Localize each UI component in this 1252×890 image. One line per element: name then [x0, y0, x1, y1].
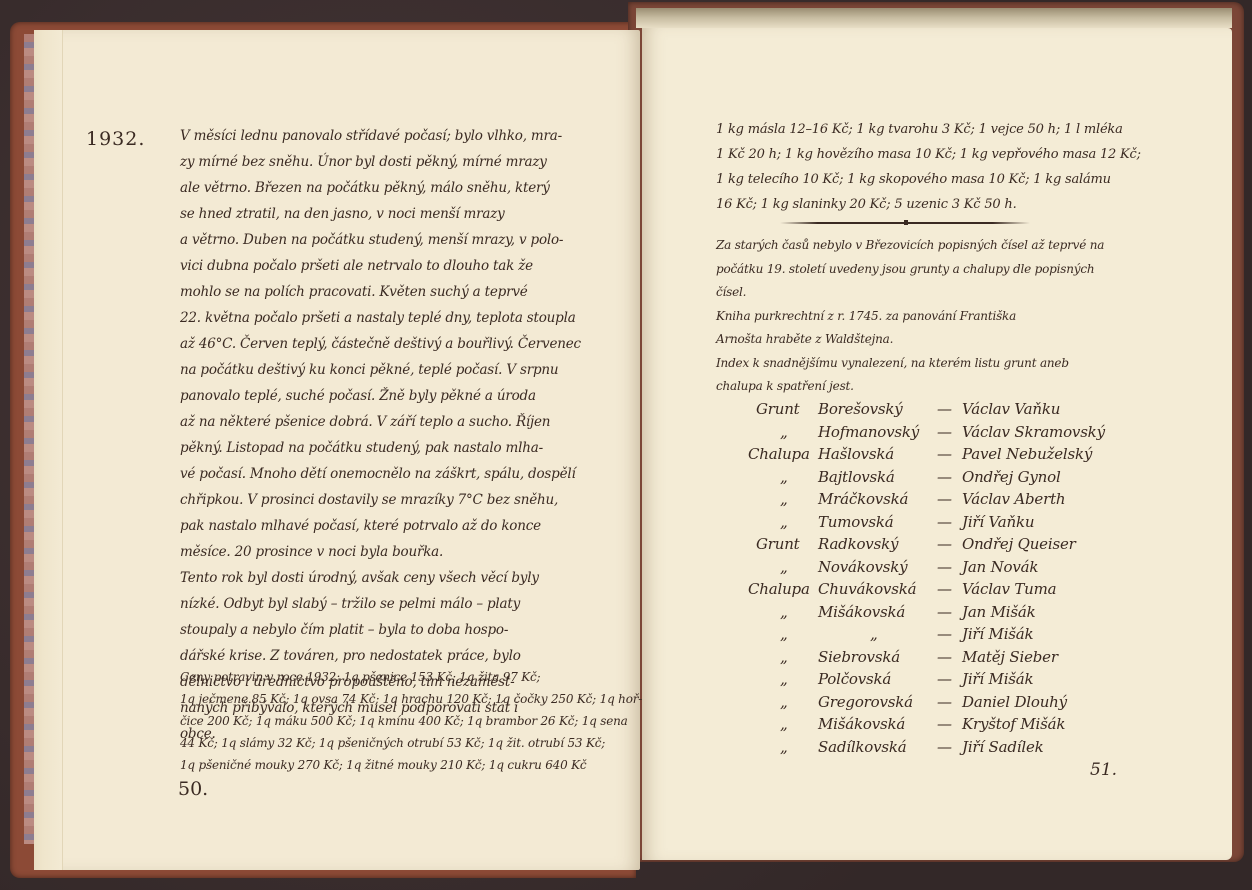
price-line: 1 kg másla 12–16 Kč; 1 kg tvarohu 3 Kč; … — [716, 122, 1123, 137]
house-name: Gregorovská — [818, 693, 913, 711]
entry-type: Chalupa — [748, 580, 810, 598]
house-name: Radkovský — [818, 535, 898, 553]
house-name: Polčovská — [818, 670, 891, 688]
house-name: Mráčkovská — [818, 490, 908, 508]
handwritten-line: 44 Kč; 1q slámy 32 Kč; 1q pšeničných otr… — [180, 736, 605, 750]
year-heading: 1932. — [86, 128, 145, 150]
handwritten-line: vé počasí. Mnoho dětí onemocnělo na zášk… — [180, 466, 576, 482]
entry-type: „ — [780, 490, 788, 508]
house-name: Novákovský — [818, 558, 907, 576]
house-name: Mišákovská — [818, 603, 905, 621]
entry-type: Grunt — [756, 400, 800, 418]
page-number-left: 50. — [178, 778, 208, 800]
owner-name: Pavel Nebuželský — [962, 445, 1092, 463]
handwritten-line: až na některé pšenice dobrá. V září tepl… — [180, 414, 550, 430]
handwritten-line: nízké. Odbyt byl slabý – tržilo se pelmi… — [180, 596, 520, 612]
intro-line: chalupa k spatření jest. — [716, 379, 854, 393]
entry-type: „ — [780, 693, 788, 711]
entry-dash: — — [937, 625, 952, 643]
house-name: Tumovská — [818, 513, 894, 531]
handwritten-line: ale větrno. Březen na počátku pěkný, mál… — [180, 180, 550, 196]
owner-name: Jan Novák — [962, 558, 1038, 576]
entry-dash: — — [937, 445, 952, 463]
handwritten-line: vici dubna počalo pršeti ale netrvalo to… — [180, 258, 533, 274]
handwritten-line: až 46°C. Červen teplý, částečně deštivý … — [180, 336, 581, 352]
entry-dash: — — [937, 738, 952, 756]
entry-type: „ — [780, 715, 788, 733]
entry-type: „ — [780, 513, 788, 531]
owner-name: Kryštof Mišák — [962, 715, 1065, 733]
owner-name: Ondřej Gynol — [962, 468, 1061, 486]
house-name: „ — [870, 625, 878, 643]
handwritten-line: chřipkou. V prosinci dostavily se mrazík… — [180, 492, 558, 508]
entry-dash: — — [937, 603, 952, 621]
handwritten-line: mohlo se na polích pracovati. Květen suc… — [180, 284, 528, 300]
price-line: 16 Kč; 1 kg slaninky 20 Kč; 5 uzenic 3 K… — [716, 197, 1017, 212]
entry-dash: — — [937, 715, 952, 733]
owner-name: Jiří Vaňku — [962, 513, 1034, 531]
handwritten-line: pěkný. Listopad na počátku studený, pak … — [180, 440, 543, 456]
entry-dash: — — [937, 558, 952, 576]
page-stack-edge — [636, 8, 1232, 28]
handwritten-line: dářské krise. Z továren, pro nedostatek … — [180, 648, 521, 664]
house-name: Siebrovská — [818, 648, 900, 666]
entry-type: „ — [780, 558, 788, 576]
intro-line: Kniha purkrechtní z r. 1745. za panování… — [716, 309, 1016, 323]
entry-type: „ — [780, 423, 788, 441]
handwritten-line: čice 200 Kč; 1q máku 500 Kč; 1q kmínu 40… — [180, 714, 628, 728]
entry-dash: — — [937, 693, 952, 711]
price-line: 1 Kč 20 h; 1 kg hovězího masa 10 Kč; 1 k… — [716, 147, 1141, 162]
entry-type: Chalupa — [748, 445, 810, 463]
house-name: Mišákovská — [818, 715, 905, 733]
owner-name: Jiří Sadílek — [962, 738, 1044, 756]
owner-name: Václav Vaňku — [962, 400, 1060, 418]
entry-type: „ — [780, 738, 788, 756]
owner-name: Václav Aberth — [962, 490, 1065, 508]
owner-name: Jiří Mišák — [962, 625, 1033, 643]
price-line: 1 kg telecího 10 Kč; 1 kg skopového masa… — [716, 172, 1111, 187]
handwritten-line: Tento rok byl dosti úrodný, avšak ceny v… — [180, 570, 539, 586]
intro-line: Za starých časů nebylo v Březovicích pop… — [716, 238, 1104, 252]
entry-type: „ — [780, 625, 788, 643]
owner-name: Ondřej Queiser — [962, 535, 1076, 553]
entry-type: „ — [780, 603, 788, 621]
owner-name: Matěj Sieber — [962, 648, 1058, 666]
handwritten-line: 22. května počalo pršeti a nastaly teplé… — [180, 310, 576, 326]
entry-dash: — — [937, 580, 952, 598]
entry-dash: — — [937, 468, 952, 486]
page-number-right: 51. — [1090, 760, 1117, 780]
handwritten-line: V měsíci lednu panovalo střídavé počasí;… — [180, 128, 562, 144]
owner-name: Jiří Mišák — [962, 670, 1033, 688]
handwritten-line: pak nastalo mlhavé počasí, které potrval… — [180, 518, 541, 534]
entry-dash: — — [937, 423, 952, 441]
entry-dash: — — [937, 648, 952, 666]
intro-line: počátku 19. století uvedeny jsou grunty … — [716, 262, 1094, 276]
handwritten-line: měsíce. 20 prosince v noci byla bouřka. — [180, 544, 443, 560]
owner-name: Václav Skramovský — [962, 423, 1105, 441]
entry-dash: — — [937, 400, 952, 418]
entry-dash: — — [937, 490, 952, 508]
house-name: Chuvákovská — [818, 580, 916, 598]
house-name: Hašlovská — [818, 445, 894, 463]
marbled-endpaper — [24, 34, 34, 844]
entry-type: „ — [780, 670, 788, 688]
owner-name: Jan Mišák — [962, 603, 1035, 621]
house-name: Sadílkovská — [818, 738, 907, 756]
handwritten-line: panovalo teplé, suché počasí. Žně byly p… — [180, 388, 536, 404]
intro-line: čísel. — [716, 285, 746, 299]
entry-type: „ — [780, 648, 788, 666]
entry-type: „ — [780, 468, 788, 486]
handwritten-line: 1q ječmene 85 Kč; 1q ovsa 74 Kč; 1q hrac… — [180, 692, 642, 706]
house-name: Hofmanovský — [818, 423, 919, 441]
owner-name: Václav Tuma — [962, 580, 1056, 598]
handwritten-line: se hned ztratil, na den jasno, v noci me… — [180, 206, 505, 222]
intro-line: Arnošta hraběte z Waldštejna. — [716, 332, 893, 346]
entry-dash: — — [937, 670, 952, 688]
owner-name: Daniel Dlouhý — [962, 693, 1067, 711]
handwritten-line: a větrno. Duben na počátku studený, menš… — [180, 232, 563, 248]
entry-dash: — — [937, 535, 952, 553]
house-name: Bajtlovská — [818, 468, 895, 486]
section-divider-dot — [904, 220, 908, 225]
intro-line: Index k snadnějšímu vynalezení, na které… — [716, 356, 1069, 370]
entry-dash: — — [937, 513, 952, 531]
handwritten-line: na počátku deštivý ku konci pěkné, teplé… — [180, 362, 558, 378]
handwritten-line: stoupaly a nebylo čím platit – byla to d… — [180, 622, 508, 638]
handwritten-line: Ceny potravin v roce 1932: 1q pšenice 15… — [180, 670, 540, 684]
handwritten-line: zy mírné bez sněhu. Únor byl dosti pěkný… — [180, 154, 547, 170]
handwritten-line: 1q pšeničné mouky 270 Kč; 1q žitné mouky… — [180, 758, 586, 772]
entry-type: Grunt — [756, 535, 800, 553]
house-name: Borešovský — [818, 400, 903, 418]
